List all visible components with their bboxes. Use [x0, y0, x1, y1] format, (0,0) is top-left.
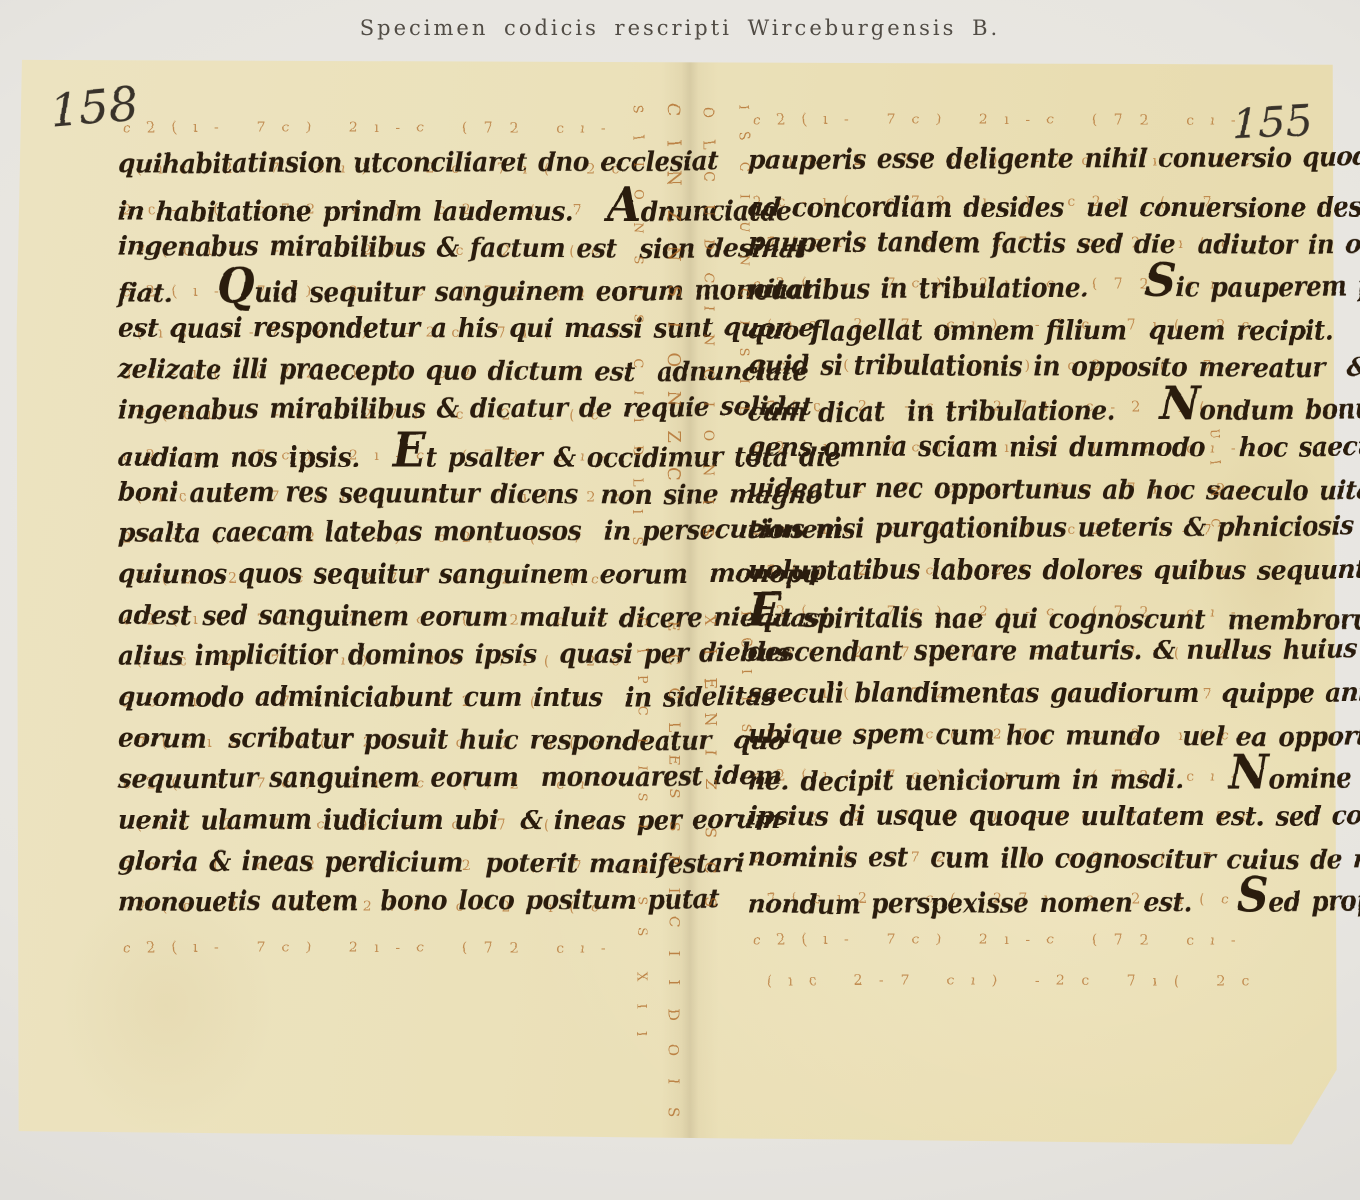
- text-column-right: pauperis esse deligente nihil conuersio …: [748, 139, 1278, 959]
- manuscript-line: pauperis esse deligente nihil conuersio …: [748, 134, 1278, 182]
- gutter-band: X I E N I Z S C S: [701, 614, 720, 917]
- manuscript-line: monouetis autem bono loco positum putat: [118, 876, 653, 924]
- gutter-band: O L C U D C I N C I O N I S: [700, 106, 716, 545]
- manuscript-line: nondum perspexisse nomen est. Sed propte…: [748, 872, 1278, 920]
- gutter-band: C I N Z N S I O N Z C: [663, 102, 684, 489]
- manuscript-line: est quasi respondetur a his qui massi su…: [118, 305, 653, 350]
- manuscript-line: ipsius di usque quoque uultatem est. sed…: [748, 793, 1278, 838]
- manuscript-line: quihabitatinsion utconciliaret dno eccle…: [118, 138, 653, 186]
- decorated-initial: N: [1228, 744, 1268, 800]
- manuscript-line: ad concordiam desides uel conuersione de…: [748, 178, 1278, 223]
- gutter-band: S I I O N S I S C I I D L I S: [630, 104, 645, 553]
- manuscript-line: psalta caecam latebas montuosos in perse…: [118, 507, 653, 555]
- gutter-band: I C I I S: [738, 610, 753, 742]
- manuscript-line: sequuntur sanguinem eorum monouarest ide…: [118, 753, 653, 801]
- manuscript-line: quiunos quos sequitur sanguinem eorum mo…: [118, 551, 653, 596]
- manuscript-line: nitatibus in tribulatione. Sic pauperem …: [748, 257, 1278, 305]
- manuscript-line: audiam nos ipsis. Et psalter & occidimur…: [118, 428, 653, 473]
- manuscript-line: ne. decipit ueniciorum in msdi. Nomine m: [748, 749, 1278, 797]
- gutter-band: C I P C I I S I C S S X I I: [634, 616, 649, 1044]
- manuscript-photo: Specimen codicis rescripti Wirceburgensi…: [0, 0, 1360, 1200]
- decorated-initial: S: [1237, 867, 1268, 923]
- manuscript-line: [748, 916, 1278, 961]
- manuscript-line: eius nisi purgationibus ueteris & phnici…: [748, 503, 1278, 551]
- manuscript-line: fiat. Quid sequitur sanguinem eorum mono…: [118, 261, 653, 309]
- gutter-band: U I N C: [1208, 428, 1222, 537]
- text-column-left: quihabitatinsion utconciliaret dno eccle…: [118, 143, 653, 963]
- gutter-band: E C C L E S S P I C I I D O I S: [665, 620, 683, 1126]
- manuscript-line: gens omnia sciam nisi dummodo hoc saecul…: [748, 424, 1278, 469]
- manuscript-line: cum dicat in tribulatione. Nondum bonus: [748, 380, 1278, 428]
- manuscript-line: quo flagellat omnem filium quem recipit.…: [748, 301, 1278, 346]
- gutter-band: I S C I U N C I S I L: [736, 104, 751, 424]
- manuscript-line: descendant sperare maturis. & nullus hui…: [748, 626, 1278, 674]
- manuscript-line: [118, 920, 653, 965]
- manuscript-line: alius implicitior dominos ipsis quasi pe…: [118, 630, 653, 678]
- plate-caption: Specimen codicis rescripti Wirceburgensi…: [0, 16, 1360, 40]
- manuscript-line: in habitatione prindm laudemus. Adnuncia…: [118, 182, 653, 227]
- manuscript-line: uenit ulamum iudicium ubi & ineas per eo…: [118, 797, 653, 842]
- manuscript-line: saeculi blandimentas gaudiorum quippe an…: [748, 670, 1278, 715]
- manuscript-line: ingenabus mirabilibus & dicatur de requi…: [118, 384, 653, 432]
- folio-number-left: 158: [48, 76, 140, 137]
- manuscript-line: quomodo adminiciabunt cum intus in sidel…: [118, 674, 653, 719]
- manuscript-line: uoluptatibus labores dolores quibus sequ…: [748, 547, 1278, 592]
